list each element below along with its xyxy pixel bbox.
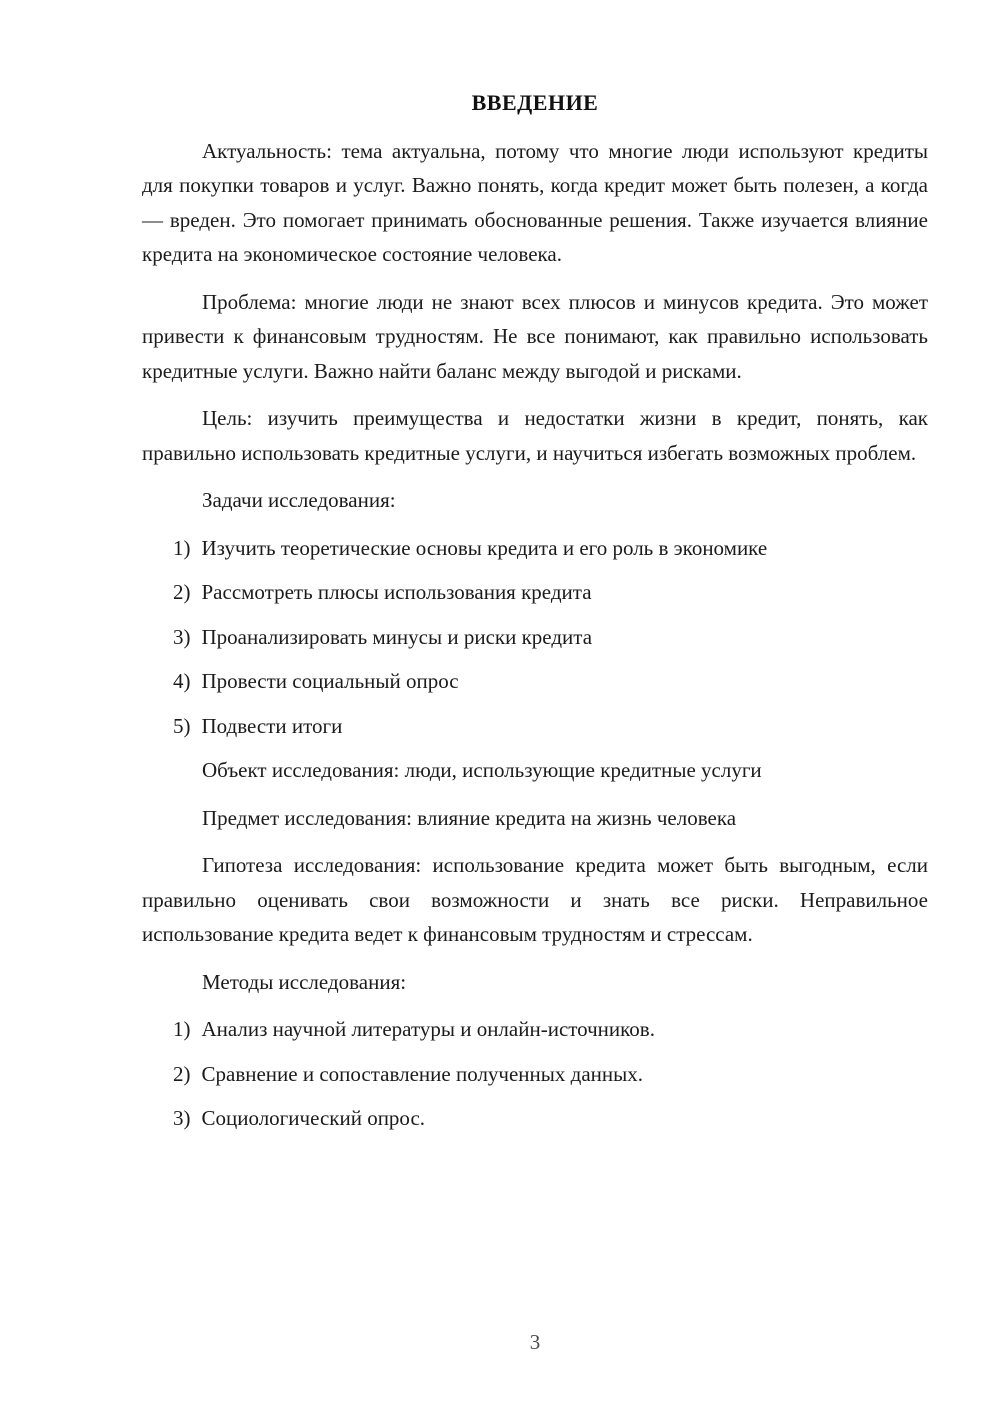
paragraph-aktualnost: Актуальность: тема актуальна, потому что… — [142, 134, 928, 272]
heading-metody: Методы исследования: — [142, 965, 928, 1000]
paragraph-gipoteza: Гипотеза исследования: использование кре… — [142, 848, 928, 952]
heading-zadachi: Задачи исследования: — [142, 483, 928, 518]
task-item-4: 4)Провести социальный опрос — [173, 664, 928, 699]
task-text: Изучить теоретические основы кредита и е… — [202, 536, 768, 560]
method-number: 1) — [173, 1017, 191, 1041]
method-number: 3) — [173, 1106, 191, 1130]
method-item-2: 2)Сравнение и сопоставление полученных д… — [173, 1057, 928, 1092]
task-item-2: 2)Рассмотреть плюсы использования кредит… — [173, 575, 928, 610]
method-text: Сравнение и сопоставление полученных дан… — [202, 1062, 643, 1086]
method-number: 2) — [173, 1062, 191, 1086]
method-text: Социологический опрос. — [202, 1106, 426, 1130]
task-number: 1) — [173, 536, 191, 560]
page-number: 3 — [142, 1325, 928, 1360]
task-number: 3) — [173, 625, 191, 649]
task-number: 5) — [173, 714, 191, 738]
page-title: ВВЕДЕНИЕ — [142, 86, 928, 121]
task-text: Рассмотреть плюсы использования кредита — [202, 580, 592, 604]
paragraph-problema: Проблема: многие люди не знают всех плюс… — [142, 285, 928, 389]
task-item-1: 1)Изучить теоретические основы кредита и… — [173, 531, 928, 566]
task-text: Проанализировать минусы и риски кредита — [202, 625, 593, 649]
paragraph-predmet: Предмет исследования: влияние кредита на… — [142, 801, 928, 836]
task-text: Подвести итоги — [202, 714, 343, 738]
method-item-1: 1)Анализ научной литературы и онлайн-ист… — [173, 1012, 928, 1047]
document-page: ВВЕДЕНИЕ Актуальность: тема актуальна, п… — [0, 0, 1000, 1414]
paragraph-tsel: Цель: изучить преимущества и недостатки … — [142, 401, 928, 470]
task-item-5: 5)Подвести итоги — [173, 709, 928, 744]
task-number: 2) — [173, 580, 191, 604]
method-item-3: 3)Социологический опрос. — [173, 1101, 928, 1136]
task-text: Провести социальный опрос — [202, 669, 459, 693]
task-number: 4) — [173, 669, 191, 693]
paragraph-obekt: Объект исследования: люди, использующие … — [142, 753, 928, 788]
method-text: Анализ научной литературы и онлайн-источ… — [202, 1017, 655, 1041]
task-item-3: 3)Проанализировать минусы и риски кредит… — [173, 620, 928, 655]
